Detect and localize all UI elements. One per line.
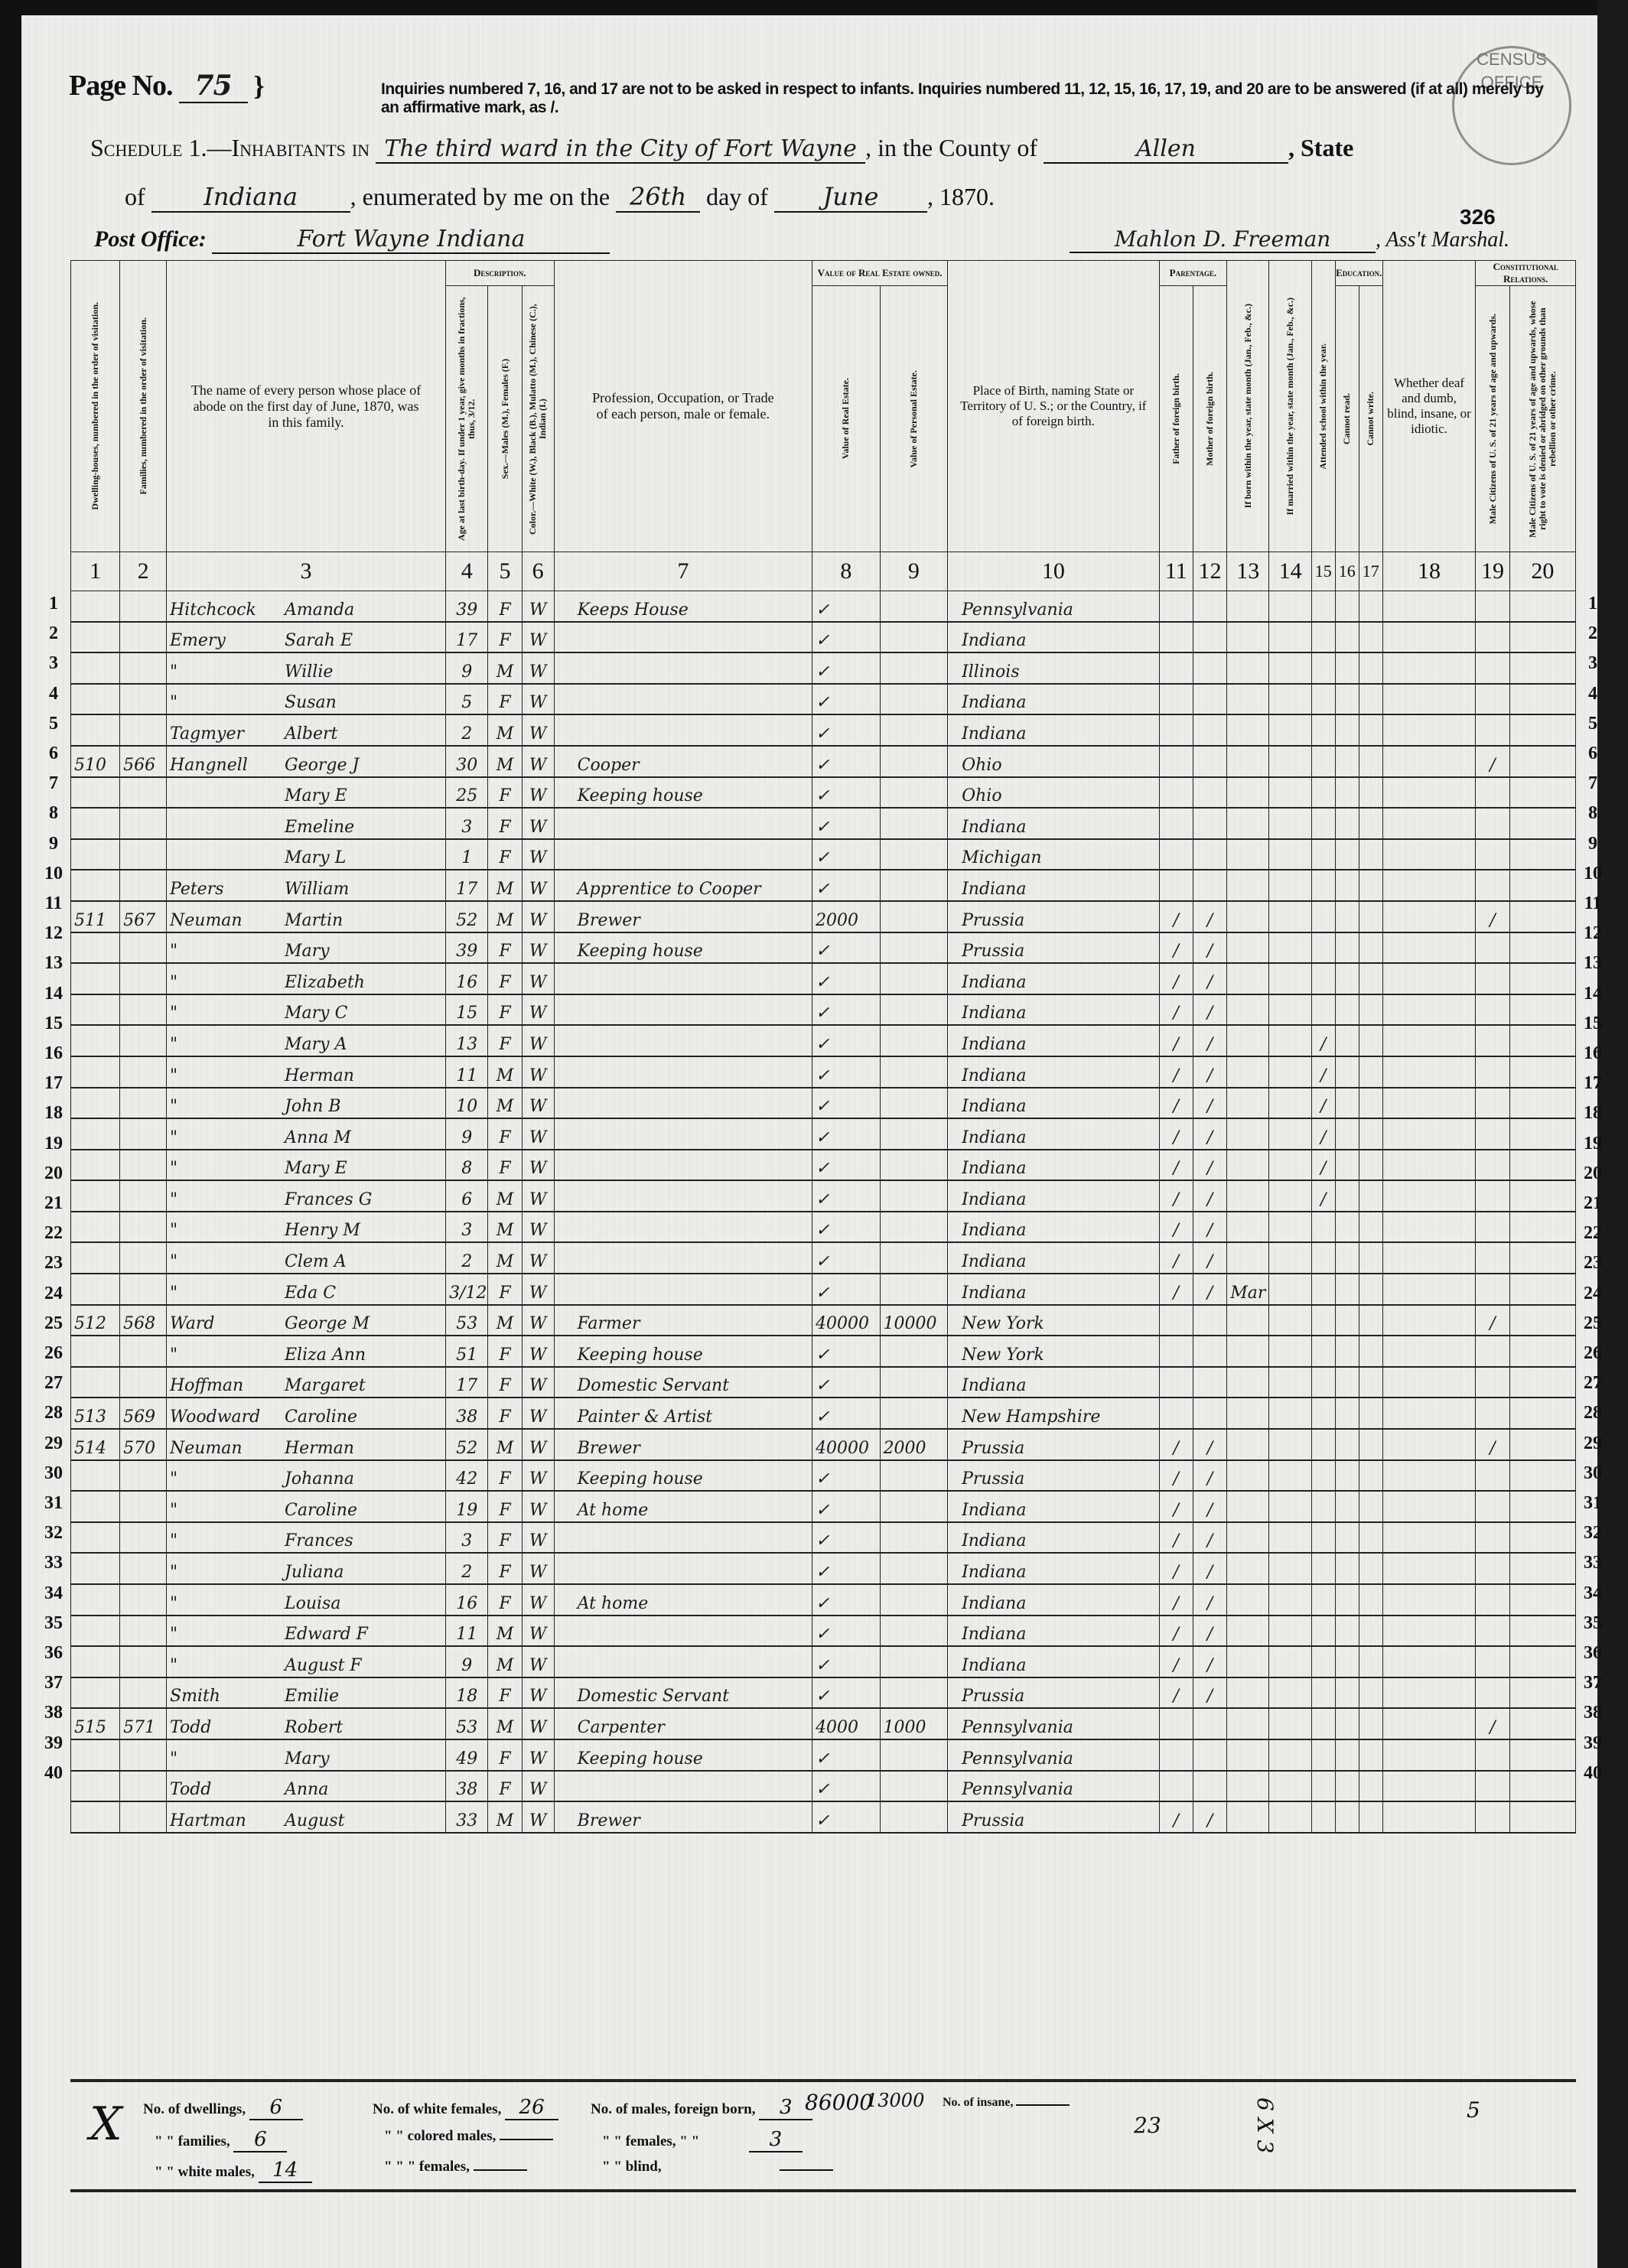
row-number: 2 (38, 623, 69, 644)
cell-pe (880, 714, 948, 746)
cell-color: W (522, 1180, 554, 1212)
row-number: 13 (38, 953, 69, 974)
col-dwelling-header: Dwelling-houses, numbered in the order o… (90, 302, 100, 510)
total-personal-estate: 13000 (866, 2090, 924, 2111)
row-number: 23 (38, 1253, 69, 1274)
cell-vd (1509, 1584, 1575, 1616)
cell-age: 39 (446, 591, 488, 622)
cell-sex: M (488, 1801, 522, 1833)
cell-re: ✓ (812, 1491, 881, 1522)
cell-dw (71, 1212, 120, 1243)
schedule-label: Schedule 1.—Inhabitants in (90, 134, 370, 161)
cell-citizen (1476, 1522, 1509, 1554)
cell-dw (71, 622, 120, 653)
cell-born (1227, 652, 1269, 684)
cell-cr (1335, 591, 1359, 622)
cell-dw (71, 994, 120, 1026)
cell-mo (1193, 746, 1226, 777)
table-header: Dwelling-houses, numbered in the order o… (71, 261, 1576, 591)
cell-pe (880, 1460, 948, 1492)
cell-married (1269, 1118, 1311, 1150)
cell-pe: 10000 (880, 1305, 948, 1336)
cell-color: W (522, 1491, 554, 1522)
cell-citizen (1476, 1584, 1509, 1616)
person-name: "Mary (167, 932, 446, 964)
cell-born (1227, 1056, 1269, 1088)
cell-citizen (1476, 1646, 1509, 1677)
cell-sex: M (488, 1242, 522, 1274)
margin-mark: X (90, 2097, 122, 2151)
cell-re: ✓ (812, 622, 881, 653)
cell-cw (1359, 1150, 1382, 1181)
cell-born (1227, 1118, 1269, 1150)
row-number: 6 (38, 744, 69, 764)
row-number: 13 (1578, 953, 1608, 974)
cell-school (1311, 714, 1335, 746)
given-name: Albert (285, 724, 337, 744)
cell-fam (120, 1025, 167, 1056)
cell-age: 18 (446, 1677, 488, 1709)
cell-fam (120, 870, 167, 901)
surname: " (170, 1159, 285, 1178)
col-birthplace-header: Place of Birth, naming State or Territor… (948, 261, 1160, 552)
col-vote-denied-header: Male Citizens of U. S. of 21 years of ag… (1528, 293, 1558, 545)
cell-dd (1382, 1739, 1476, 1771)
col-number: 1 (71, 552, 120, 591)
insane-count: No. of insane, (943, 2096, 1070, 2110)
cell-birth: Pennsylvania (948, 1739, 1160, 1771)
cell-school (1311, 1739, 1335, 1771)
cell-fam (120, 1274, 167, 1305)
table-row: "Mary49FWKeeping house✓Pennsylvania (71, 1739, 1576, 1771)
cell-school (1311, 1429, 1335, 1460)
cell-citizen (1476, 1616, 1509, 1647)
col-school-header: Attended school within the year. (1318, 343, 1328, 470)
cell-color: W (522, 1584, 554, 1616)
row-number: 39 (38, 1733, 69, 1754)
cell-mo (1193, 652, 1226, 684)
cell-fam: 567 (120, 901, 167, 932)
cell-sex: M (488, 1708, 522, 1739)
given-name: Mary E (285, 786, 347, 805)
cell-cr (1335, 1242, 1359, 1274)
cell-cw (1359, 1056, 1382, 1088)
row-number: 6 (1578, 744, 1608, 764)
cell-pe (880, 622, 948, 653)
cell-school (1311, 1616, 1335, 1647)
given-name: August F (285, 1656, 362, 1675)
cell-color: W (522, 1739, 554, 1771)
person-name: "Mary E (167, 1150, 446, 1181)
marshal-name: Mahlon D. Freeman (1070, 226, 1376, 253)
cell-re: ✓ (812, 1553, 881, 1584)
cell-married (1269, 1305, 1311, 1336)
cell-dd (1382, 808, 1476, 839)
cell-re: ✓ (812, 714, 881, 746)
cell-married (1269, 652, 1311, 684)
cell-married (1269, 1150, 1311, 1181)
person-name: EmerySarah E (167, 622, 446, 653)
cell-dd (1382, 1025, 1476, 1056)
cell-mo: / (1193, 1242, 1226, 1274)
cell-pe (880, 1616, 948, 1647)
cell-cr (1335, 1616, 1359, 1647)
cell-cw (1359, 1584, 1382, 1616)
col-mother-foreign-header: Mother of foreign birth. (1205, 372, 1215, 466)
cell-sex: F (488, 1150, 522, 1181)
cell-birth: Ohio (948, 746, 1160, 777)
cell-color: W (522, 994, 554, 1026)
cell-pe (880, 1801, 948, 1833)
cell-age: 16 (446, 1584, 488, 1616)
cell-occ: Domestic Servant (554, 1367, 812, 1398)
cell-sex: F (488, 1739, 522, 1771)
cell-occ (554, 963, 812, 994)
cell-born (1227, 1801, 1269, 1833)
cell-cw (1359, 1708, 1382, 1739)
cell-re: ✓ (812, 1118, 881, 1150)
cell-sex: F (488, 591, 522, 622)
cell-dw (71, 1801, 120, 1833)
cell-occ (554, 1771, 812, 1802)
cell-sex: M (488, 1305, 522, 1336)
cell-occ: Keeps House (554, 591, 812, 622)
cell-sex: M (488, 1180, 522, 1212)
cell-cr (1335, 1584, 1359, 1616)
cell-birth: Indiana (948, 1646, 1160, 1677)
person-name: WardGeorge M (167, 1305, 446, 1336)
cell-color: W (522, 808, 554, 839)
cell-cw (1359, 1242, 1382, 1274)
cell-dw (71, 839, 120, 870)
given-name: Louisa (285, 1594, 340, 1613)
given-name: Mary A (285, 1035, 347, 1054)
cell-pe (880, 994, 948, 1026)
cell-occ: Keeping house (554, 777, 812, 809)
cell-citizen (1476, 1056, 1509, 1088)
cell-pe: 1000 (880, 1708, 948, 1739)
cell-sex: F (488, 622, 522, 653)
cell-cr (1335, 746, 1359, 777)
cell-mo (1193, 1305, 1226, 1336)
cell-married (1269, 839, 1311, 870)
cell-dw: 515 (71, 1708, 120, 1739)
col-number: 17 (1359, 552, 1382, 591)
cell-fam (120, 1056, 167, 1088)
person-name: "Juliana (167, 1553, 446, 1584)
cell-fa (1159, 652, 1193, 684)
cell-pe (880, 1180, 948, 1212)
cell-fa (1159, 591, 1193, 622)
row-number: 27 (1578, 1373, 1608, 1394)
cell-born (1227, 1150, 1269, 1181)
cell-born (1227, 714, 1269, 746)
cell-citizen (1476, 1367, 1509, 1398)
given-name: Martin (285, 911, 343, 930)
cell-fa: / (1159, 1274, 1193, 1305)
row-number: 10 (1578, 864, 1608, 884)
cell-dw (71, 652, 120, 684)
cell-born (1227, 1491, 1269, 1522)
cell-fa: / (1159, 1150, 1193, 1181)
cell-school (1311, 684, 1335, 715)
cell-sex: F (488, 1025, 522, 1056)
cell-mo: / (1193, 1429, 1226, 1460)
cell-occ: Farmer (554, 1305, 812, 1336)
table-row: "Caroline19FWAt home✓Indiana// (71, 1491, 1576, 1522)
cell-fam (120, 714, 167, 746)
cell-dw (71, 1646, 120, 1677)
surname: Todd (170, 1718, 285, 1737)
cell-married (1269, 870, 1311, 901)
cell-dw (71, 591, 120, 622)
person-name: Mary L (167, 839, 446, 870)
table-row: "Frances G6MW✓Indiana/// (71, 1180, 1576, 1212)
row-number: 38 (38, 1703, 69, 1723)
cell-cr (1335, 1646, 1359, 1677)
cell-re: ✓ (812, 591, 881, 622)
cell-birth: New York (948, 1305, 1160, 1336)
surname: " (170, 1531, 285, 1551)
cell-dd (1382, 1150, 1476, 1181)
cell-pe (880, 1088, 948, 1119)
cell-cw (1359, 1553, 1382, 1584)
cell-sex: M (488, 652, 522, 684)
cell-age: 33 (446, 1801, 488, 1833)
cell-pe (880, 1553, 948, 1584)
cell-born (1227, 1771, 1269, 1802)
cell-mo: / (1193, 1801, 1226, 1833)
row-number: 28 (38, 1403, 69, 1424)
given-name: Mary E (285, 1159, 347, 1178)
given-name: Herman (285, 1066, 354, 1085)
cell-married (1269, 746, 1311, 777)
cell-born (1227, 1708, 1269, 1739)
cell-citizen (1476, 1180, 1509, 1212)
cell-sex: M (488, 1088, 522, 1119)
cell-vd (1509, 1367, 1575, 1398)
cell-dw (71, 932, 120, 964)
cell-cr (1335, 901, 1359, 932)
cell-dd (1382, 714, 1476, 746)
cell-cr (1335, 1801, 1359, 1833)
row-number: 16 (1578, 1043, 1608, 1064)
cell-cw (1359, 746, 1382, 777)
constitutional-group-header: Constitutional Relations. (1476, 261, 1576, 286)
cell-cr (1335, 870, 1359, 901)
cell-color: W (522, 1088, 554, 1119)
summary-section: X No. of dwellings, 6 " " families, 6 " … (70, 2079, 1576, 2192)
cell-mo (1193, 1398, 1226, 1429)
cell-dw (71, 1739, 120, 1771)
cell-cw (1359, 1522, 1382, 1554)
cell-age: 51 (446, 1336, 488, 1367)
given-name: Sarah E (285, 631, 353, 650)
row-number: 30 (38, 1463, 69, 1484)
cell-color: W (522, 1274, 554, 1305)
cell-citizen: / (1476, 1429, 1509, 1460)
page-number-line: Page No. 75 } (69, 69, 264, 103)
surname: " (170, 1128, 285, 1147)
cell-re: ✓ (812, 932, 881, 964)
cell-age: 17 (446, 870, 488, 901)
cell-sex: M (488, 746, 522, 777)
row-number: 24 (38, 1284, 69, 1304)
cell-married (1269, 622, 1311, 653)
cell-re: ✓ (812, 1242, 881, 1274)
cell-pe (880, 1398, 948, 1429)
col-number: 7 (554, 552, 812, 591)
cell-dd (1382, 994, 1476, 1026)
cell-sex: M (488, 901, 522, 932)
cell-age: 3 (446, 808, 488, 839)
cell-born (1227, 1180, 1269, 1212)
cell-dd (1382, 1801, 1476, 1833)
row-number: 38 (1578, 1703, 1608, 1723)
cell-married (1269, 591, 1311, 622)
row-number: 40 (38, 1763, 69, 1784)
table-row: "Mary A13FW✓Indiana/// (71, 1025, 1576, 1056)
cell-mo (1193, 839, 1226, 870)
surname: " (170, 693, 285, 712)
col-age-header: Age at last birth-day. If under 1 year, … (457, 293, 477, 545)
cell-dd (1382, 746, 1476, 777)
cell-vd (1509, 1771, 1575, 1802)
cell-pe (880, 1242, 948, 1274)
cell-occ (554, 1118, 812, 1150)
cell-re: ✓ (812, 1522, 881, 1554)
colored-females-count: " " " females, (384, 2159, 527, 2175)
table-row: HitchcockAmanda39FWKeeps House✓Pennsylva… (71, 591, 1576, 622)
cell-pe (880, 1646, 948, 1677)
cell-married (1269, 1584, 1311, 1616)
cell-age: 42 (446, 1460, 488, 1492)
given-name: George J (285, 756, 359, 775)
row-number: 20 (1578, 1163, 1608, 1184)
given-name: Mary L (285, 848, 346, 867)
cell-occ (554, 1553, 812, 1584)
cell-pe (880, 1367, 948, 1398)
cell-birth: Indiana (948, 994, 1160, 1026)
given-name: Mary (285, 1749, 330, 1769)
cell-color: W (522, 1398, 554, 1429)
col-number: 11 (1159, 552, 1193, 591)
cell-occ (554, 1150, 812, 1181)
cell-age: 16 (446, 963, 488, 994)
cell-citizen (1476, 1460, 1509, 1492)
row-number: 37 (38, 1673, 69, 1694)
cell-married (1269, 1522, 1311, 1554)
cell-birth: Illinois (948, 652, 1160, 684)
row-number: 34 (1578, 1583, 1608, 1604)
cell-vd (1509, 1553, 1575, 1584)
cell-citizen (1476, 994, 1509, 1026)
cell-school (1311, 652, 1335, 684)
cell-color: W (522, 746, 554, 777)
cell-cw (1359, 932, 1382, 964)
cell-fam (120, 1460, 167, 1492)
cell-sex: F (488, 1584, 522, 1616)
cell-pe (880, 652, 948, 684)
surname: " (170, 1656, 285, 1675)
cell-dw (71, 1584, 120, 1616)
cell-citizen (1476, 1336, 1509, 1367)
table-row: 513569WoodwardCaroline38FWPainter & Arti… (71, 1398, 1576, 1429)
cell-re: ✓ (812, 870, 881, 901)
cell-cw (1359, 1336, 1382, 1367)
col-born-month-header: If born within the year, state month (Ja… (1243, 304, 1253, 508)
cell-color: W (522, 622, 554, 653)
row-number: 22 (38, 1223, 69, 1244)
cell-dd (1382, 1398, 1476, 1429)
cell-sex: F (488, 1367, 522, 1398)
table-row: "Clem A2MW✓Indiana// (71, 1242, 1576, 1274)
cell-sex: F (488, 777, 522, 809)
cell-age: 11 (446, 1616, 488, 1647)
cell-born (1227, 1336, 1269, 1367)
cell-re: ✓ (812, 652, 881, 684)
cell-color: W (522, 1553, 554, 1584)
cell-fam (120, 1367, 167, 1398)
cell-fa: / (1159, 1025, 1193, 1056)
cell-pe (880, 777, 948, 809)
cell-re: ✓ (812, 1398, 881, 1429)
surname: Hitchcock (170, 600, 285, 620)
cell-occ (554, 994, 812, 1026)
cell-mo (1193, 777, 1226, 809)
cell-birth: Indiana (948, 870, 1160, 901)
cell-dd (1382, 684, 1476, 715)
cell-school (1311, 1646, 1335, 1677)
row-number: 20 (38, 1163, 69, 1184)
cell-sex: F (488, 1771, 522, 1802)
table-row: EmerySarah E17FW✓Indiana (71, 622, 1576, 653)
surname: Neuman (170, 911, 285, 930)
cell-re: 2000 (812, 901, 881, 932)
cell-married (1269, 1398, 1311, 1429)
person-name: HangnellGeorge J (167, 746, 446, 777)
cell-fam (120, 622, 167, 653)
cell-fam (120, 1212, 167, 1243)
cell-age: 53 (446, 1708, 488, 1739)
table-body: HitchcockAmanda39FWKeeps House✓Pennsylva… (71, 591, 1576, 1833)
surname: " (170, 1221, 285, 1240)
cell-school (1311, 1242, 1335, 1274)
cell-school (1311, 901, 1335, 932)
cell-occ (554, 652, 812, 684)
cell-fam (120, 1801, 167, 1833)
cell-born (1227, 808, 1269, 839)
col-sex-header: Sex.—Males (M.), Females (F.) (500, 359, 510, 479)
surname: Hoffman (170, 1376, 285, 1395)
table-row: 514570NeumanHerman52MWBrewer400002000Pru… (71, 1429, 1576, 1460)
cell-vd (1509, 1180, 1575, 1212)
cell-re: ✓ (812, 1677, 881, 1709)
cell-cr (1335, 1088, 1359, 1119)
cell-vd (1509, 932, 1575, 964)
cell-re: ✓ (812, 1212, 881, 1243)
row-number: 25 (38, 1313, 69, 1334)
table-row: Emeline3FW✓Indiana (71, 808, 1576, 839)
post-office-label: Post Office: (94, 226, 207, 252)
cell-age: 2 (446, 714, 488, 746)
cell-color: W (522, 870, 554, 901)
col-personal-estate-header: Value of Personal Estate. (909, 370, 919, 468)
cell-fam: 570 (120, 1429, 167, 1460)
cell-fam (120, 932, 167, 964)
row-number: 2 (1578, 623, 1608, 644)
cell-dw (71, 1616, 120, 1647)
